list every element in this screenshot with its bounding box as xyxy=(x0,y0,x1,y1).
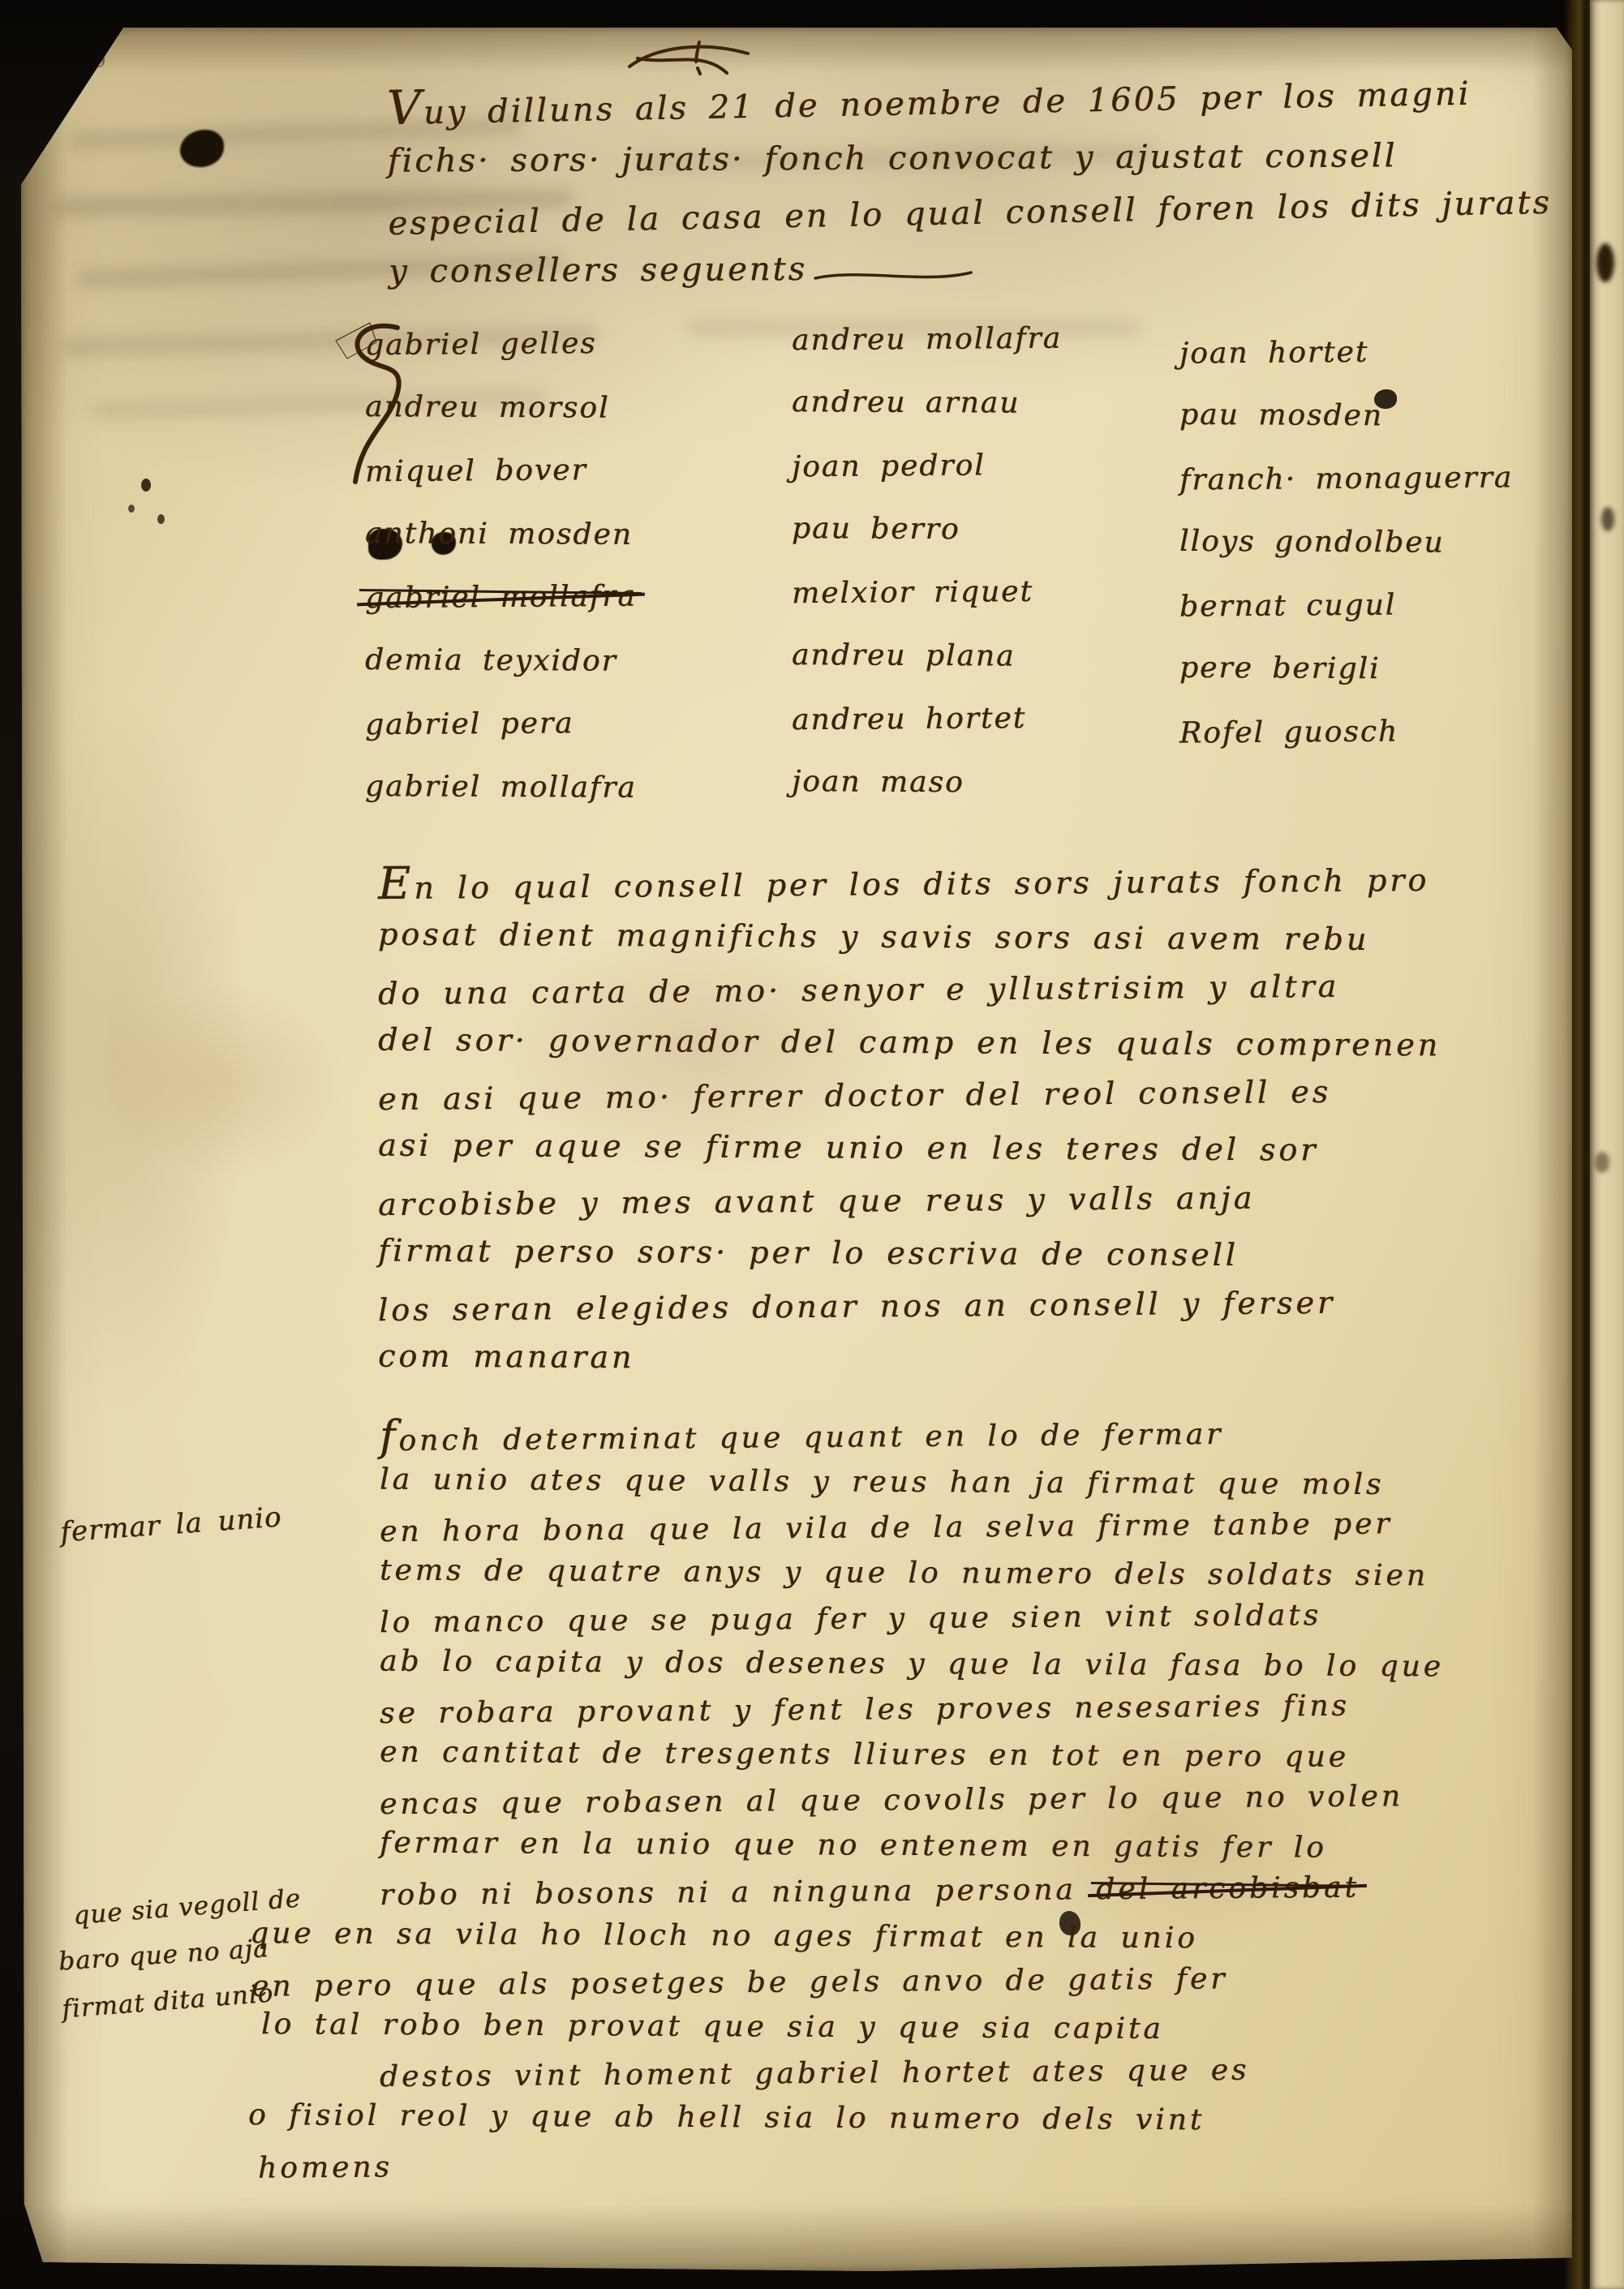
resolution-line: encas que robasen al que covolls per lo … xyxy=(380,1774,1444,1827)
margin-note-vegoll-de-baro: que sia vegoll de baro que no aja firmat… xyxy=(54,1877,309,2033)
ink-speck xyxy=(141,479,151,492)
attendee-column-1: gabriel gelles andreu morsol miquel bove… xyxy=(365,313,637,819)
margin-note-fermar-la-unio: fermar la unio xyxy=(59,1501,283,1549)
resolution-line: ab lo capita y dos desenes y que la vila… xyxy=(380,1639,1444,1690)
attendee-name: anthoni mosden xyxy=(365,502,637,567)
attendee-name: andreu hortet xyxy=(792,687,1063,753)
resolution-line: homens xyxy=(258,2137,1444,2191)
attendee-name: pau mosden xyxy=(1179,384,1514,449)
resolution-line: fonch determinat que quant en lo de ferm… xyxy=(380,1406,1444,1464)
resolution-line: tems de quatre anys y que lo numero dels… xyxy=(380,1548,1444,1600)
attendee-name: franch· monaguerra xyxy=(1179,446,1514,512)
resolution-line: en hora bona que la vila de la selva fir… xyxy=(380,1501,1444,1555)
attendee-column-2: andreu mollafra andreu arnau joan pedrol… xyxy=(792,308,1062,814)
attendee-name: pau berro xyxy=(792,497,1063,562)
resolution-line: fermar en la unio que no entenem en gati… xyxy=(380,1821,1444,1872)
ink-speck xyxy=(128,505,135,513)
resolution-line: lo manco que se puga fer y que sien vint… xyxy=(380,1592,1444,1646)
attendee-name: pere berigli xyxy=(1179,637,1514,702)
resolution-line: lo tal robo ben provat que sia y que sia… xyxy=(261,2002,1444,2054)
proposal-line: posat dient magnifichs y savis sors asi … xyxy=(378,908,1441,967)
attendee-name: demia teyxidor xyxy=(365,629,637,694)
attendee-name: bernat cugul xyxy=(1179,573,1514,638)
struck-phrase: del arcobisbat xyxy=(1096,1866,1360,1913)
proposal-line: del sor· governador del camp en les qual… xyxy=(378,1014,1441,1072)
proposal-line: do una carta de mo· senyor e yllustrisim… xyxy=(378,960,1441,1020)
attendee-name: andreu arnau xyxy=(792,371,1063,436)
resolution-line-with-strikeout: robo ni bosons ni a ninguna persona del … xyxy=(380,1865,1444,1918)
paper-stain xyxy=(102,985,346,1179)
attendee-name: joan pedrol xyxy=(792,434,1063,500)
attendee-name: Rofel guosch xyxy=(1179,699,1514,765)
heading-line-text: y consellers seguents xyxy=(389,251,807,290)
attendee-name: gabriel gelles xyxy=(365,312,637,378)
manuscript-page: 230 Vuy dilluns als 21 de noembre de 160… xyxy=(21,28,1572,2271)
attendee-name: lloys gondolbeu xyxy=(1179,510,1514,575)
ink-blot xyxy=(180,130,224,167)
resolution-line: en pero que als posetges be gels anvo de… xyxy=(251,1955,1444,2010)
attendee-column-3: joan hortet pau mosden franch· monaguerr… xyxy=(1179,321,1513,764)
attendee-name: gabriel pera xyxy=(365,692,637,758)
facing-page-edge xyxy=(1590,0,1624,2289)
attendee-name: andreu plana xyxy=(792,624,1063,689)
folio-number: 230 xyxy=(54,44,110,79)
resolution-line: o fisiol reol y que ab hell sia lo numer… xyxy=(248,2093,1444,2145)
proposal-line: firmat perso sors· per lo escriva de con… xyxy=(378,1225,1441,1283)
attendee-name: andreu mollafra xyxy=(792,307,1063,373)
proposal-line: en asi que mo· ferrer doctor del reol co… xyxy=(378,1065,1441,1126)
proposal-line: los seran elegides donar nos an consell … xyxy=(378,1276,1441,1337)
record-heading: Vuy dilluns als 21 de noembre de 1605 pe… xyxy=(387,63,1553,307)
paper-stain xyxy=(0,693,248,1423)
proposal-line: En lo qual consell per los dits sors jur… xyxy=(378,849,1441,915)
resolution-line: la unio ates que valls y reus han ja fir… xyxy=(380,1458,1444,1509)
resolution-line: en cantitat de tresgents lliures en tot … xyxy=(380,1730,1444,1781)
proposal-line: asi per aque se firme unio en les teres … xyxy=(378,1119,1441,1178)
attendee-name: andreu morsol xyxy=(365,376,637,440)
proposal-line: com manaran xyxy=(378,1330,1441,1389)
resolution-line: que en sa vila ho lloch no ages firmat e… xyxy=(250,1911,1444,1963)
ink-speck xyxy=(157,514,165,524)
attendee-name: gabriel mollafra xyxy=(365,755,637,820)
attendee-name: miquel bover xyxy=(365,439,637,505)
resolution-line: se robara provant y fent les proves nese… xyxy=(380,1683,1444,1737)
attendee-name: joan hortet xyxy=(1179,320,1514,385)
attendee-name: melxior riquet xyxy=(792,560,1063,626)
underline-flourish xyxy=(812,246,974,302)
manuscript-photo: { "folio_number": "230", "heading": { "l… xyxy=(0,0,1624,2289)
resolution-paragraph: fonch determinat que quant en lo de ferm… xyxy=(380,1410,1444,2187)
ink-smudge xyxy=(1596,243,1614,282)
ink-smudge xyxy=(1601,507,1614,531)
ink-smudge xyxy=(1595,1152,1609,1173)
heading-line: y consellers seguents xyxy=(389,238,1553,304)
attendee-name: joan maso xyxy=(792,750,1063,815)
attendee-name-struck: gabriel mollafra xyxy=(365,565,637,631)
proposal-paragraph: En lo qual consell per los dits sors jur… xyxy=(378,853,1441,1385)
proposal-line: arcobisbe y mes avant que reus y valls a… xyxy=(378,1170,1441,1231)
resolution-line: destos vint homent gabriel hortet ates q… xyxy=(380,2046,1444,2100)
